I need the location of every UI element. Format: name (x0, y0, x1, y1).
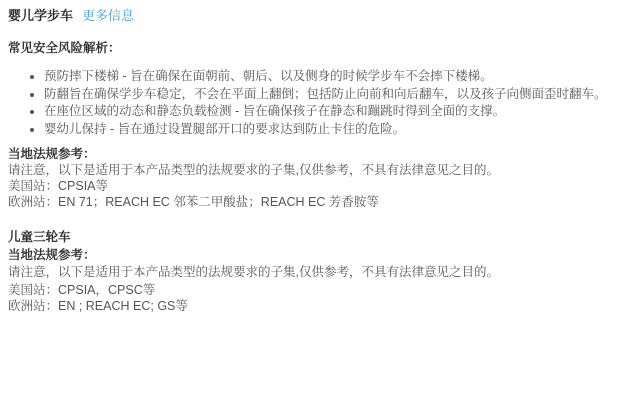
walker-title-row: 婴儿学步车 更多信息 (8, 8, 626, 24)
walker-us-site-line: 美国站：CPSIA等 (8, 178, 626, 194)
tricycle-header-block: 儿童三轮车 当地法规参考： 请注意，以下是适用于本产品类型的法规要求的子集,仅供… (8, 229, 626, 282)
risk-bullet-list: 预防摔下楼梯 - 旨在确保在面朝前、朝后、以及侧身的时候学步车不会摔下楼梯。 防… (8, 68, 626, 138)
risk-bullet-load-test: 在座位区域的动态和静态负载检测 - 旨在确保孩子在静态和蹦跳时得到全面的支撑。 (44, 103, 626, 121)
risk-analysis-heading: 常见安全风险解析： (8, 40, 626, 56)
section-tricycle: 儿童三轮车 当地法规参考： 请注意，以下是适用于本产品类型的法规要求的子集,仅供… (8, 229, 626, 314)
walker-regulation-heading: 当地法规参考： (8, 146, 626, 162)
risk-bullet-stair-fall: 预防摔下楼梯 - 旨在确保在面朝前、朝后、以及侧身的时候学步车不会摔下楼梯。 (44, 68, 626, 86)
walker-eu-site-line: 欧洲站：EN 71；REACH EC 邻苯二甲酸盐；REACH EC 芳香胺等 (8, 194, 626, 210)
risk-bullet-anti-tip: 防翻旨在确保学步车稳定，不会在平面上翻倒；包括防止向前和向后翻车，以及孩子向侧面… (44, 86, 626, 104)
walker-section-title: 婴儿学步车 (8, 8, 73, 24)
risk-bullet-infant-retention: 婴幼儿保持 - 旨在通过设置腿部开口的要求达到防止卡住的危险。 (44, 121, 626, 139)
walker-regulation-notice: 请注意，以下是适用于本产品类型的法规要求的子集,仅供参考，不具有法律意见之目的。 (8, 162, 626, 178)
tricycle-regulation-notice: 请注意，以下是适用于本产品类型的法规要求的子集,仅供参考，不具有法律意见之目的。 (8, 264, 626, 282)
section-baby-walker: 婴儿学步车 更多信息 常见安全风险解析： 预防摔下楼梯 - 旨在确保在面朝前、朝… (8, 8, 626, 210)
tricycle-regulation-heading: 当地法规参考： (8, 247, 626, 265)
tricycle-us-site-line: 美国站：CPSIA，CPSC等 (8, 282, 626, 298)
tricycle-section-title: 儿童三轮车 (8, 229, 626, 247)
page-content: 婴儿学步车 更多信息 常见安全风险解析： 预防摔下楼梯 - 旨在确保在面朝前、朝… (0, 0, 640, 314)
tricycle-eu-site-line: 欧洲站：EN ; REACH EC; GS等 (8, 298, 626, 314)
more-info-link[interactable]: 更多信息 (82, 8, 134, 24)
